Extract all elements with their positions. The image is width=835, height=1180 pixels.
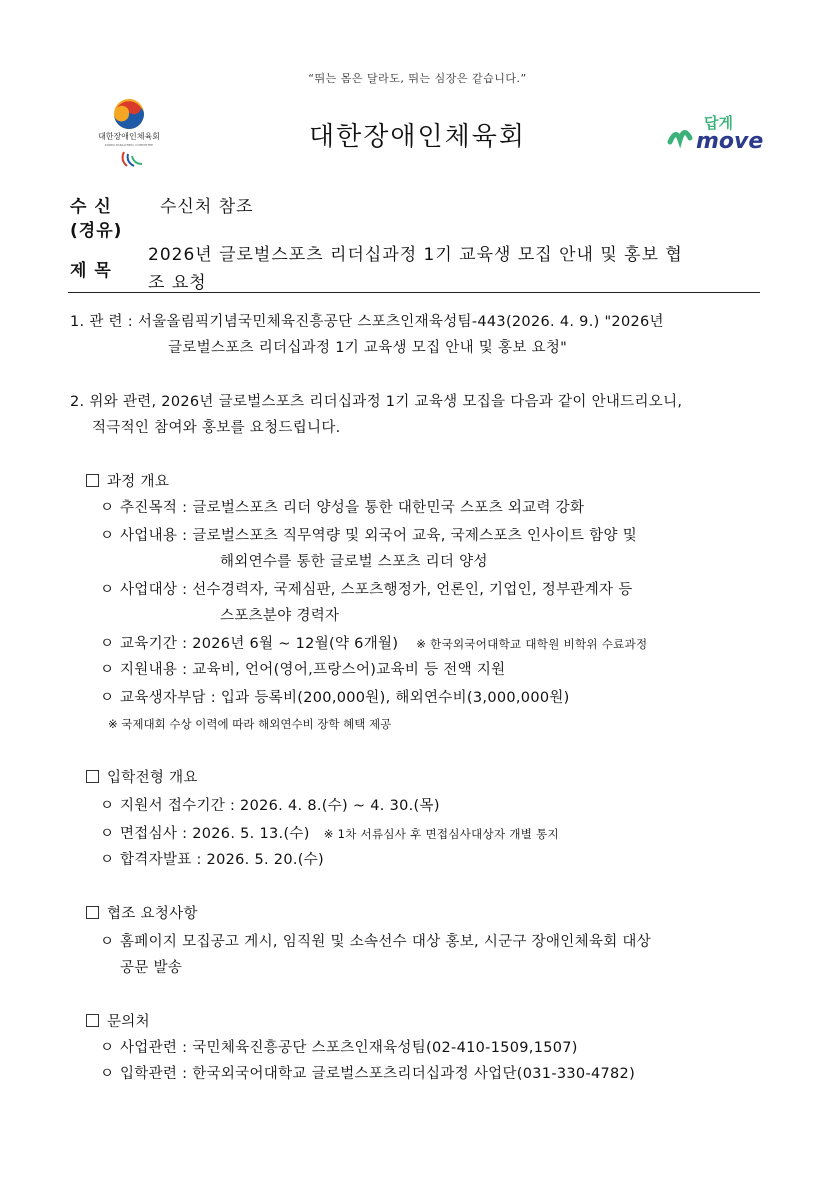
contact-item-2: ㅇ입학관련 : 한국외국어대학교 글로벌스포츠리더십과정 사업단(031-330… [100,1062,635,1083]
related-line-1: 1. 관 련 : 서울올림픽기념국민체육진흥공단 스포츠인재육성팀-443(20… [70,310,664,331]
circle-bullet-icon: ㅇ [100,794,120,815]
item-note: ※ 1차 서류심사 후 면접심사대상자 개별 통지 [324,827,559,841]
section-request-title: 협조 요청사항 [86,902,198,923]
course-item-3: ㅇ사업대상 : 선수경력자, 국제심판, 스포츠행정가, 언론인, 기업인, 정… [100,578,633,599]
checkbox-square-icon [86,770,99,783]
checkbox-square-icon [86,1014,99,1027]
course-item-2: ㅇ사업내용 : 글로벌스포츠 직무역량 및 외국어 교육, 국제스포츠 인사이트… [100,524,637,545]
subject-line-2: 조 요청 [148,268,207,293]
course-item-2-cont: 해외연수를 통한 글로벌 스포츠 리더 양성 [220,550,488,571]
circle-bullet-icon: ㅇ [100,496,120,517]
contact-item-1: ㅇ사업관련 : 국민체육진흥공단 스포츠인재육성팀(02-410-1509,15… [100,1036,578,1057]
section-title: 입학전형 개요 [107,770,198,786]
checkbox-square-icon [86,474,99,487]
move-campaign-logo: 답게 move [664,108,764,156]
slogan: “뛰는 몸은 달라도, 뛰는 심장은 같습니다.” [0,70,835,86]
admission-item-1: ㅇ지원서 접수기간 : 2026. 4. 8.(수) ~ 4. 30.(목) [100,794,440,815]
subject-line-1: 2026년 글로벌스포츠 리더십과정 1기 교육생 모집 안내 및 홍보 협 [148,240,683,265]
circle-bullet-icon: ㅇ [100,632,120,653]
recipient-label: 수 신 [70,192,112,217]
item-text: 면접심사 : 2026. 5. 13.(수) [120,826,310,842]
checkbox-square-icon [86,906,99,919]
item-text: 지원내용 : 교육비, 언어(영어,프랑스어)교육비 등 전액 지원 [120,662,505,678]
circle-bullet-icon: ㅇ [100,822,120,843]
circle-bullet-icon: ㅇ [100,930,120,951]
course-item-4: ㅇ교육기간 : 2026년 6월 ~ 12월(약 6개월)※ 한국외국어대학교 … [100,632,647,653]
course-item-6: ㅇ교육생자부담 : 입과 등록비(200,000원), 해외연수비(3,000,… [100,686,570,707]
circle-bullet-icon: ㅇ [100,658,120,679]
circle-bullet-icon: ㅇ [100,848,120,869]
item-text: 추진목적 : 글로벌스포츠 리더 양성을 통한 대한민국 스포츠 외교력 강화 [120,500,584,516]
item-note: ※ 한국외국어대학교 대학원 비학위 수료과정 [416,637,647,651]
admission-item-3: ㅇ합격자발표 : 2026. 5. 20.(수) [100,848,324,869]
course-item-5: ㅇ지원내용 : 교육비, 언어(영어,프랑스어)교육비 등 전액 지원 [100,658,505,679]
section-title: 문의처 [107,1014,150,1030]
item-text: 지원서 접수기간 : 2026. 4. 8.(수) ~ 4. 30.(목) [120,798,440,814]
request-item-1-cont: 공문 발송 [120,956,182,977]
item-text: 입학관련 : 한국외국어대학교 글로벌스포츠리더십과정 사업단(031-330-… [120,1066,635,1082]
circle-bullet-icon: ㅇ [100,524,120,545]
request-item-1: ㅇ홈페이지 모집공고 게시, 임직원 및 소속선수 대상 홍보, 시군구 장애인… [100,930,651,951]
via-label: (경유) [70,216,122,241]
section-contact-title: 문의처 [86,1010,150,1031]
intro-line-2: 적극적인 참여와 홍보를 요청드립니다. [92,416,341,437]
circle-bullet-icon: ㅇ [100,1036,120,1057]
circle-bullet-icon: ㅇ [100,686,120,707]
section-title: 협조 요청사항 [107,906,198,922]
item-text: 사업내용 : 글로벌스포츠 직무역량 및 외국어 교육, 국제스포츠 인사이트 … [120,528,637,544]
item-text: 홈페이지 모집공고 게시, 임직원 및 소속선수 대상 홍보, 시군구 장애인체… [120,934,651,950]
svg-text:move: move [696,129,763,154]
item-text: 교육기간 : 2026년 6월 ~ 12월(약 6개월) [120,636,398,652]
circle-bullet-icon: ㅇ [100,1062,120,1083]
section-title: 과정 개요 [107,474,169,490]
course-item-3-cont: 스포츠분야 경력자 [220,604,339,625]
item-text: 교육생자부담 : 입과 등록비(200,000원), 해외연수비(3,000,0… [120,690,570,706]
section-admission-title: 입학전형 개요 [86,766,198,787]
recipient-value: 수신처 참조 [160,192,254,217]
move-logo-icon: 답게 move [664,108,764,156]
admission-item-2: ㅇ면접심사 : 2026. 5. 13.(수)※ 1차 서류심사 후 면접심사대… [100,822,559,843]
item-text: 사업관련 : 국민체육진흥공단 스포츠인재육성팀(02-410-1509,150… [120,1040,578,1056]
item-text: 사업대상 : 선수경력자, 국제심판, 스포츠행정가, 언론인, 기업인, 정부… [120,582,633,598]
course-item-1: ㅇ추진목적 : 글로벌스포츠 리더 양성을 통한 대한민국 스포츠 외교력 강화 [100,496,584,517]
item-text: 합격자발표 : 2026. 5. 20.(수) [120,852,324,868]
related-line-2: 글로벌스포츠 리더십과정 1기 교육생 모집 안내 및 홍보 요청" [168,336,567,357]
header-divider [68,292,760,293]
subject-label: 제 목 [70,256,112,281]
circle-bullet-icon: ㅇ [100,578,120,599]
section-course-title: 과정 개요 [86,470,169,491]
intro-line-1: 2. 위와 관련, 2026년 글로벌스포츠 리더십과정 1기 교육생 모집을 … [70,390,682,411]
course-footnote: ※ 국제대회 수상 이력에 따라 해외연수비 장학 혜택 제공 [108,716,391,732]
